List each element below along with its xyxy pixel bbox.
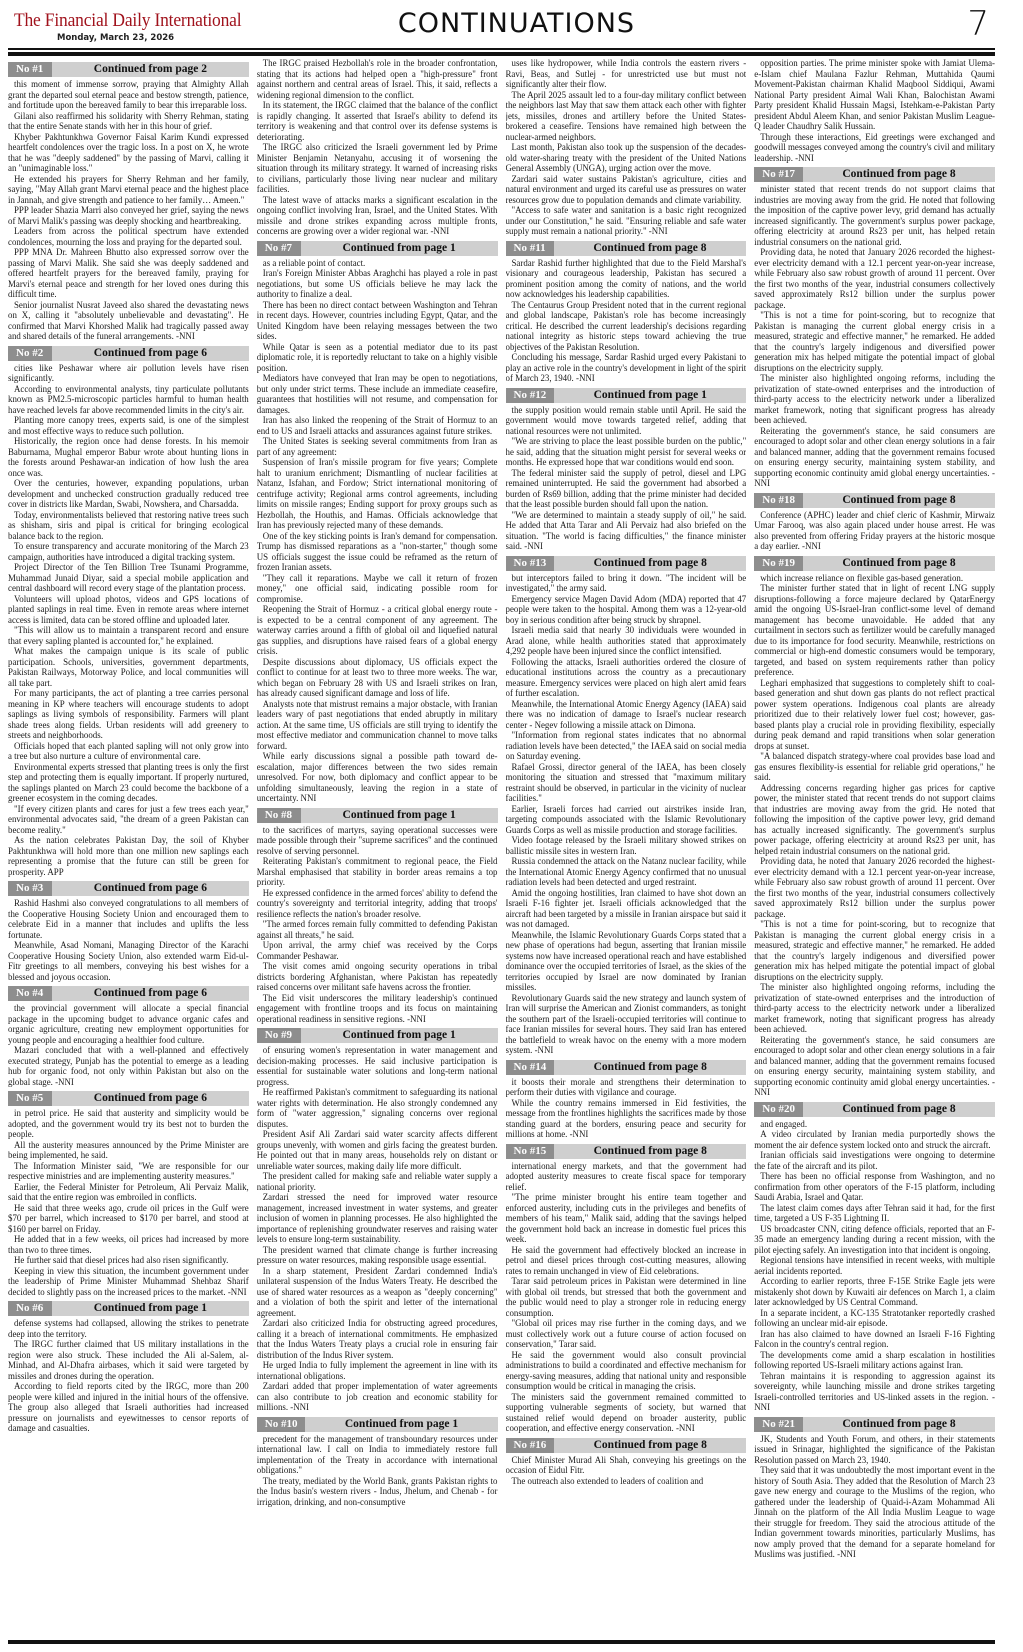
article-number-badge: No #18 [754, 493, 803, 508]
article-paragraph: The treaty, mediated by the World Bank, … [257, 1476, 498, 1508]
article-paragraph: The visit comes amid ongoing security op… [257, 961, 498, 993]
article-paragraph: Analysts note that mistrust remains a ma… [257, 699, 498, 752]
continuation-header: No #15Continued from page 8 [506, 1144, 747, 1159]
article-paragraph: The latest claim comes days after Tehran… [754, 1203, 995, 1224]
article-paragraph: He urged India to fully implement the ag… [257, 1360, 498, 1381]
article-paragraph: Tehran maintains it is responding to agg… [754, 1371, 995, 1413]
continuation-article: No #7Continued from page 1as a reliable … [257, 241, 498, 804]
article-number-badge: No #17 [754, 167, 803, 182]
article-paragraph: "If every citizen plants and cares for j… [8, 804, 249, 836]
continuation-header: No #14Continued from page 8 [506, 1060, 747, 1075]
article-number-badge: No #9 [257, 1028, 301, 1043]
masthead: The Financial Daily International Monday… [0, 0, 1023, 50]
article-number-badge: No #19 [754, 556, 803, 571]
column-1: No #1Continued from page 2this moment of… [8, 58, 249, 1638]
column-3: uses like hydropower, while India contro… [506, 58, 747, 1638]
article-columns: No #1Continued from page 2this moment of… [8, 58, 995, 1638]
continued-from-label: Continued from page 8 [803, 495, 995, 506]
continued-from-label: Continued from page 1 [52, 1303, 249, 1314]
section-title-text: CONTINUATIONS [398, 8, 635, 39]
article-paragraph: Planting more canopy trees, experts said… [8, 415, 249, 436]
article-paragraph: "We are determined to maintain a steady … [506, 510, 747, 552]
article-paragraph: "A balanced dispatch strategy-where coal… [754, 751, 995, 783]
continuation-article: No #10Continued from page 1precedent for… [257, 1417, 498, 1508]
continued-from-label: Continued from page 8 [803, 558, 995, 569]
continuation-article: No #20Continued from page 8and engaged.A… [754, 1102, 995, 1413]
article-paragraph: Environmental experts stressed that plan… [8, 762, 249, 804]
article-paragraph: One of the key sticking points is Iran's… [257, 531, 498, 573]
continued-from-label: Continued from page 6 [52, 1093, 249, 1104]
article-number-badge: No #21 [754, 1417, 803, 1432]
continued-from-label: Continued from page 8 [554, 558, 746, 569]
article-paragraph: Senior journalist Nusrat Javeed also sha… [8, 300, 249, 342]
article-paragraph: In its statement, the IRGC claimed that … [257, 100, 498, 142]
continued-from-label: Continued from page 8 [554, 1440, 746, 1451]
continuation-article: No #12Continued from page 1the supply po… [506, 388, 747, 552]
continuation-article: No #2Continued from page 6cities like Pe… [8, 346, 249, 878]
continuation-header: No #11Continued from page 8 [506, 241, 747, 256]
article-paragraph: While Qatar is seen as a potential media… [257, 342, 498, 374]
article-paragraph: Rashid Hashmi also conveyed congratulati… [8, 898, 249, 940]
continuation-article: No #8Continued from page 1to the sacrifi… [257, 808, 498, 1025]
article-paragraph: To ensure transparency and accurate moni… [8, 541, 249, 562]
article-paragraph: JK, Students and Youth Forum, and others… [754, 1434, 995, 1466]
continuation-header: No #12Continued from page 1 [506, 388, 747, 403]
article-number-badge: No #15 [506, 1144, 555, 1159]
article-paragraph: The United States is seeking several com… [257, 436, 498, 457]
article-paragraph: In a sharp statement, President Zardari … [257, 1266, 498, 1319]
article-paragraph: to the sacrifices of martyrs, saying ope… [257, 825, 498, 857]
article-paragraph: The Eid visit underscores the military l… [257, 993, 498, 1025]
continuation-header: No #8Continued from page 1 [257, 808, 498, 823]
article-paragraph: "This is not a time for point-scoring, b… [754, 919, 995, 982]
article-paragraph: The federal minister said the supply of … [506, 468, 747, 510]
article-paragraph: He reaffirmed Pakistan's commitment to s… [257, 1087, 498, 1129]
article-paragraph: uses like hydropower, while India contro… [506, 58, 747, 90]
article-paragraph: of ensuring women's representation in wa… [257, 1045, 498, 1087]
continued-from-label: Continued from page 1 [301, 1030, 498, 1041]
article-number-badge: No #5 [8, 1091, 52, 1106]
continued-from-label: Continued from page 8 [803, 1419, 995, 1430]
continuation-header: No #7Continued from page 1 [257, 241, 498, 256]
article-paragraph: The minister further stated that in ligh… [754, 583, 995, 678]
continued-from-label: Continued from page 8 [554, 1062, 746, 1073]
article-paragraph: Israeli media said that nearly 30 indivi… [506, 625, 747, 657]
continued-from-label: Continued from page 8 [554, 243, 747, 254]
continuation-header: No #20Continued from page 8 [754, 1102, 995, 1117]
article-paragraph: Project Director of the Ten Billion Tree… [8, 562, 249, 594]
article-paragraph: Providing data, he noted that January 20… [754, 856, 995, 919]
article-paragraph: The developments come amid a sharp escal… [754, 1350, 995, 1371]
continuation-article: No #4Continued from page 6the provincial… [8, 986, 249, 1087]
article-paragraph: Iranian officials said investigations we… [754, 1150, 995, 1171]
footer-rule [8, 1640, 995, 1644]
article-paragraph: as a reliable point of contact. [257, 258, 498, 269]
article-paragraph: The IRGC further claimed that US militar… [8, 1339, 249, 1381]
article-paragraph: Revolutionary Guards said the new strate… [506, 993, 747, 1056]
article-paragraph: Keeping in view this situation, the incu… [8, 1266, 249, 1298]
article-paragraph: As the nation celebrates Pakistan Day, t… [8, 835, 249, 877]
article-paragraph: which increase reliance on flexible gas-… [754, 573, 995, 584]
continuation-header: No #18Continued from page 8 [754, 493, 995, 508]
header-rule-thick [8, 52, 995, 56]
article-paragraph: "Access to safe water and sanitation is … [506, 205, 747, 237]
article-paragraph: According to environmental analysts, tin… [8, 384, 249, 416]
article-paragraph: Sardar Rashid further highlighted that d… [506, 258, 747, 300]
article-paragraph: According to earlier reports, three F-15… [754, 1276, 995, 1308]
continuation-header: No #2Continued from page 6 [8, 346, 249, 361]
article-paragraph: "The armed forces remain fully committed… [257, 919, 498, 940]
article-paragraph: Tarar said petroleum prices in Pakistan … [506, 1276, 747, 1318]
article-paragraph: The ministers said the government remain… [506, 1392, 747, 1434]
article-paragraph: There has been no official response from… [754, 1171, 995, 1203]
article-paragraph: Concluding his message, Sardar Rashid ur… [506, 352, 747, 384]
article-paragraph: Regional tensions have intensified in re… [754, 1255, 995, 1276]
continued-from-label: Continued from page 1 [301, 243, 498, 254]
continued-from-label: Continued from page 1 [301, 810, 498, 821]
article-paragraph: Conference (APHC) leader and chief cleri… [754, 510, 995, 552]
continuation-article: No #11Continued from page 8Sardar Rashid… [506, 241, 747, 384]
article-paragraph: Officials hoped that each planted saplin… [8, 741, 249, 762]
article-paragraph: A video circulated by Iranian media purp… [754, 1129, 995, 1150]
article-number-badge: No #14 [506, 1060, 555, 1075]
article-paragraph: Leghari emphasized that suggestions to c… [754, 678, 995, 752]
article-paragraph: The president called for making safe and… [257, 1171, 498, 1192]
article-paragraph: precedent for the management of transbou… [257, 1434, 498, 1476]
continuation-article: No #3Continued from page 6Rashid Hashmi … [8, 881, 249, 982]
article-paragraph: Following the attacks, Israeli authoriti… [506, 657, 747, 699]
article-paragraph: Reopening the Strait of Hormuz - a criti… [257, 604, 498, 657]
article-paragraph: Meanwhile, the International Atomic Ener… [506, 699, 747, 731]
article-paragraph: Chief Minister Murad Ali Shah, conveying… [506, 1455, 747, 1476]
continuation-header: No #3Continued from page 6 [8, 881, 249, 896]
article-paragraph: cities like Peshawar where air pollution… [8, 363, 249, 384]
article-paragraph: He extended his prayers for Sherry Rehma… [8, 174, 249, 206]
article-paragraph: Iran has also linked the reopening of th… [257, 415, 498, 436]
continuation-header: No #1Continued from page 2 [8, 62, 249, 77]
article-paragraph: and engaged. [754, 1119, 995, 1130]
article-paragraph: "Information from regional states indica… [506, 730, 747, 762]
article-paragraph: Mazari concluded that with a well-planne… [8, 1045, 249, 1087]
continuation-header: No #17Continued from page 8 [754, 167, 995, 182]
article-paragraph: opposition parties. The prime minister s… [754, 58, 995, 132]
continuation-article: No #19Continued from page 8which increas… [754, 556, 995, 1098]
continuation-header: No #19Continued from page 8 [754, 556, 995, 571]
continuation-header: No #21Continued from page 8 [754, 1417, 995, 1432]
article-paragraph: Iran's Foreign Minister Abbas Araghchi h… [257, 268, 498, 300]
article-paragraph: Reiterating the government's stance, he … [754, 426, 995, 489]
article-paragraph: PPP leader Shazia Marri also conveyed he… [8, 205, 249, 226]
continuation-article: No #17Continued from page 8minister stat… [754, 167, 995, 489]
article-paragraph: "Global oil prices may rise further in t… [506, 1318, 747, 1350]
article-paragraph: Earlier, the Federal Minister for Petrol… [8, 1182, 249, 1203]
article-paragraph: Last month, Pakistan also took up the su… [506, 142, 747, 174]
article-paragraph: Over the centuries, however, expanding p… [8, 478, 249, 510]
article-paragraph: For many participants, the act of planti… [8, 688, 249, 741]
article-paragraph: He said the government would also consul… [506, 1350, 747, 1392]
article-paragraph: Russia condemned the attack on the Natan… [506, 856, 747, 888]
article-paragraph: Reiterating Pakistan's commitment to reg… [257, 856, 498, 888]
article-number-badge: No #4 [8, 986, 52, 1001]
continuation-article: No #5Continued from page 6in petrol pric… [8, 1091, 249, 1297]
article-paragraph: The outreach also extended to leaders of… [506, 1476, 747, 1487]
column-4: opposition parties. The prime minister s… [754, 58, 995, 1638]
article-paragraph: Upon arrival, the army chief was receive… [257, 940, 498, 961]
continued-from-label: Continued from page 1 [554, 390, 746, 401]
article-paragraph: defense systems had collapsed, allowing … [8, 1318, 249, 1339]
article-paragraph: The minister also highlighted ongoing re… [754, 373, 995, 426]
article-paragraph: Khyber Pakhtunkhwa Governor Faisal Karim… [8, 132, 249, 174]
article-number-badge: No #16 [506, 1438, 555, 1453]
continuation-header: No #9Continued from page 1 [257, 1028, 498, 1043]
article-paragraph: "We are striving to place the least poss… [506, 436, 747, 468]
article-paragraph: The latest wave of attacks marks a signi… [257, 195, 498, 237]
article-paragraph: All the austerity measures announced by … [8, 1140, 249, 1161]
continuation-article: No #15Continued from page 8international… [506, 1144, 747, 1434]
article-paragraph: but interceptors failed to bring it down… [506, 573, 747, 594]
article-paragraph: Meanwhile, the Islamic Revolutionary Gua… [506, 930, 747, 993]
article-paragraph: "This is not a time for point-scoring, b… [754, 310, 995, 373]
column-2: The IRGC praised Hezbollah's role in the… [257, 58, 498, 1638]
continuation-article: No #6Continued from page 1defense system… [8, 1301, 249, 1434]
article-number-badge: No #20 [754, 1102, 803, 1117]
article-number-badge: No #2 [8, 346, 52, 361]
article-paragraph: He expressed confidence in the armed for… [257, 888, 498, 920]
article-number-badge: No #11 [506, 241, 554, 256]
article-paragraph: The minister also highlighted ongoing re… [754, 982, 995, 1035]
article-paragraph: Despite discussions about diplomacy, US … [257, 657, 498, 699]
article-paragraph: The IRGC praised Hezbollah's role in the… [257, 58, 498, 100]
continued-from-label: Continued from page 8 [803, 1104, 995, 1115]
continued-from-label: Continued from page 6 [52, 883, 249, 894]
article-paragraph: While early discussions signal a possibl… [257, 751, 498, 804]
article-paragraph: "The prime minister brought his entire t… [506, 1192, 747, 1245]
article-number-badge: No #1 [8, 62, 52, 77]
article-paragraph: Mediators have conveyed that Iran may be… [257, 373, 498, 415]
article-paragraph: Through these interactions, Eid greeting… [754, 132, 995, 164]
article-paragraph: the provincial government will allocate … [8, 1003, 249, 1045]
article-paragraph: international energy markets, and that t… [506, 1161, 747, 1193]
article-paragraph: Iran has also claimed to have downed an … [754, 1329, 995, 1350]
continuation-header: No #4Continued from page 6 [8, 986, 249, 1001]
continuation-header: No #5Continued from page 6 [8, 1091, 249, 1106]
article-paragraph: There has been no direct contact between… [257, 300, 498, 342]
continuation-article: No #1Continued from page 2this moment of… [8, 62, 249, 342]
continuation-header: No #10Continued from page 1 [257, 1417, 498, 1432]
article-paragraph: What makes the campaign unique is its sc… [8, 646, 249, 688]
continuation-header: No #13Continued from page 8 [506, 556, 747, 571]
article-paragraph: PPP MNA Dr. Mahreen Bhutto also expresse… [8, 247, 249, 300]
continuation-article: No #18Continued from page 8Conference (A… [754, 493, 995, 552]
article-paragraph: "This will allow us to maintain a transp… [8, 625, 249, 646]
article-number-badge: No #12 [506, 388, 555, 403]
article-paragraph: this moment of immense sorrow, praying t… [8, 79, 249, 111]
continuation-header: No #16Continued from page 8 [506, 1438, 747, 1453]
article-paragraph: Meanwhile, Asad Nomani, Managing Directo… [8, 940, 249, 982]
continued-from-label: Continued from page 8 [803, 169, 995, 180]
continued-from-label: Continued from page 1 [305, 1419, 497, 1430]
article-number-badge: No #3 [8, 881, 52, 896]
article-paragraph: Today, environmentalists believed that r… [8, 510, 249, 542]
article-number-badge: No #13 [506, 556, 555, 571]
article-paragraph: in petrol price. He said that austerity … [8, 1108, 249, 1140]
article-paragraph: Zardari stressed the need for improved w… [257, 1192, 498, 1245]
article-paragraph: The April 2025 assault led to a four-day… [506, 90, 747, 143]
continued-from-label: Continued from page 6 [52, 988, 249, 999]
article-paragraph: Earlier, Israeli forces had carried out … [506, 804, 747, 836]
article-paragraph: Rafael Grossi, director general of the I… [506, 762, 747, 804]
continuation-article: No #16Continued from page 8Chief Ministe… [506, 1438, 747, 1487]
article-paragraph: minister stated that recent trends do no… [754, 184, 995, 247]
article-paragraph: According to field reports cited by the … [8, 1381, 249, 1434]
article-paragraph: Zardari said water sustains Pakistan's a… [506, 174, 747, 206]
article-paragraph: The IRGC also criticized the Israeli gov… [257, 142, 498, 195]
article-paragraph: Reiterating the government's stance, he … [754, 1035, 995, 1098]
article-paragraph: While the country remains immersed in Ei… [506, 1098, 747, 1140]
article-number-badge: No #10 [257, 1417, 306, 1432]
article-paragraph: Leaders from across the political spectr… [8, 226, 249, 247]
article-paragraph: He added that in a few weeks, oil prices… [8, 1234, 249, 1255]
article-paragraph: He said that three weeks ago, crude oil … [8, 1203, 249, 1235]
continuation-article: No #21Continued from page 8JK, Students … [754, 1417, 995, 1560]
continuation-header: No #6Continued from page 1 [8, 1301, 249, 1316]
article-paragraph: Video footage released by the Israeli mi… [506, 835, 747, 856]
article-number-badge: No #6 [8, 1301, 52, 1316]
article-number-badge: No #8 [257, 808, 301, 823]
article-paragraph: They said that it was undoubtedly the mo… [754, 1465, 995, 1560]
article-paragraph: Addressing concerns regarding higher gas… [754, 783, 995, 857]
continuation-article: No #9Continued from page 1of ensuring wo… [257, 1028, 498, 1413]
article-paragraph: Zardari added that proper implementation… [257, 1381, 498, 1413]
article-paragraph: President Asif Ali Zardari said water sc… [257, 1129, 498, 1171]
article-paragraph: Historically, the region once had dense … [8, 436, 249, 478]
article-paragraph: He further said that diesel prices had a… [8, 1255, 249, 1266]
article-paragraph: US broadcaster CNN, citing defence offic… [754, 1224, 995, 1256]
article-paragraph: The president warned that climate change… [257, 1245, 498, 1266]
article-paragraph: "They call it reparations. Maybe we call… [257, 573, 498, 605]
page-number: 7 [967, 4, 989, 44]
continuation-article: No #14Continued from page 8it boosts the… [506, 1060, 747, 1140]
article-paragraph: Providing data, he noted that January 20… [754, 247, 995, 310]
article-paragraph: Suspension of Iran's missile program for… [257, 457, 498, 531]
continuation-article: No #13Continued from page 8but intercept… [506, 556, 747, 1056]
article-paragraph: it boosts their morale and strengthens t… [506, 1077, 747, 1098]
article-paragraph: Zardari also criticized India for obstru… [257, 1318, 498, 1360]
continued-from-label: Continued from page 8 [554, 1146, 746, 1157]
article-paragraph: Volunteers will upload photos, videos an… [8, 594, 249, 626]
article-paragraph: The Information Minister said, "We are r… [8, 1161, 249, 1182]
article-paragraph: The Centaurus Group President noted that… [506, 300, 747, 353]
article-paragraph: In a separate incident, a KC-135 Stratot… [754, 1308, 995, 1329]
article-paragraph: Amid the ongoing hostilities, Iran claim… [506, 888, 747, 930]
article-paragraph: Gilani also reaffirmed his solidarity wi… [8, 111, 249, 132]
continued-from-label: Continued from page 2 [52, 64, 249, 75]
section-title: CONTINUATIONS [0, 8, 1023, 39]
article-paragraph: Emergency service Magen David Adom (MDA)… [506, 594, 747, 626]
article-paragraph: He said the government had effectively b… [506, 1245, 747, 1277]
header-rule-thin [8, 48, 995, 50]
article-paragraph: the supply position would remain stable … [506, 405, 747, 437]
continued-from-label: Continued from page 6 [52, 348, 249, 359]
article-number-badge: No #7 [257, 241, 301, 256]
